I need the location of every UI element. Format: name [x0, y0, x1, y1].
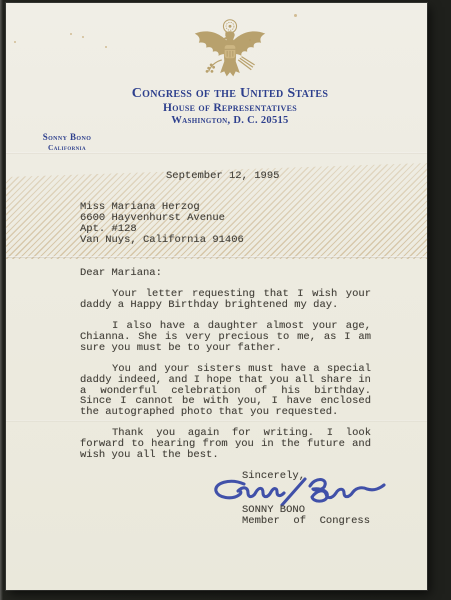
body-line: sure you must be to your father.	[80, 343, 371, 354]
great-seal-eagle-icon	[189, 17, 271, 93]
letter-scan-paper: Congress of the United States House of R…	[6, 3, 427, 590]
member-state: California	[43, 143, 92, 152]
paragraph: You and your sisters must have a special…	[80, 364, 371, 418]
foxing-spot	[294, 14, 297, 17]
member-name: Sonny Bono	[43, 132, 92, 142]
letterhead-house: House of Representatives	[163, 102, 297, 114]
letter-date: September 12, 1995	[166, 171, 279, 182]
letter-body: Dear Mariana: Your letter requesting tha…	[80, 268, 371, 461]
paragraph: I also have a daughter almost your age, …	[80, 321, 371, 353]
foxing-spot	[14, 41, 16, 43]
letterhead-congress: Congress of the United States	[132, 86, 329, 102]
paragraph: Thank you again for writing. I look forw…	[80, 428, 371, 460]
fold-crease	[6, 152, 427, 154]
letterhead-washington: Washington, D. C. 20515	[171, 115, 288, 126]
salutation: Dear Mariana:	[80, 268, 371, 279]
recipient-address: Miss Mariana Herzog 6600 Hayvenhurst Ave…	[80, 202, 244, 246]
foxing-spot	[82, 36, 84, 38]
body-line: the autographed photo that you requested…	[80, 407, 371, 418]
recipient-line: Van Nuys, California 91406	[80, 235, 244, 246]
foxing-spot	[70, 33, 72, 35]
foxing-spot	[105, 46, 107, 48]
body-line: wish you all the best.	[80, 450, 371, 461]
typed-sender-title: Member of Congress	[242, 516, 370, 527]
fold-crease	[6, 256, 427, 258]
body-line: daddy a Happy Birthday brightened my day…	[80, 300, 371, 311]
member-name-block: Sonny Bono California	[43, 132, 92, 152]
paragraph: Your letter requesting that I wish your …	[80, 289, 371, 310]
